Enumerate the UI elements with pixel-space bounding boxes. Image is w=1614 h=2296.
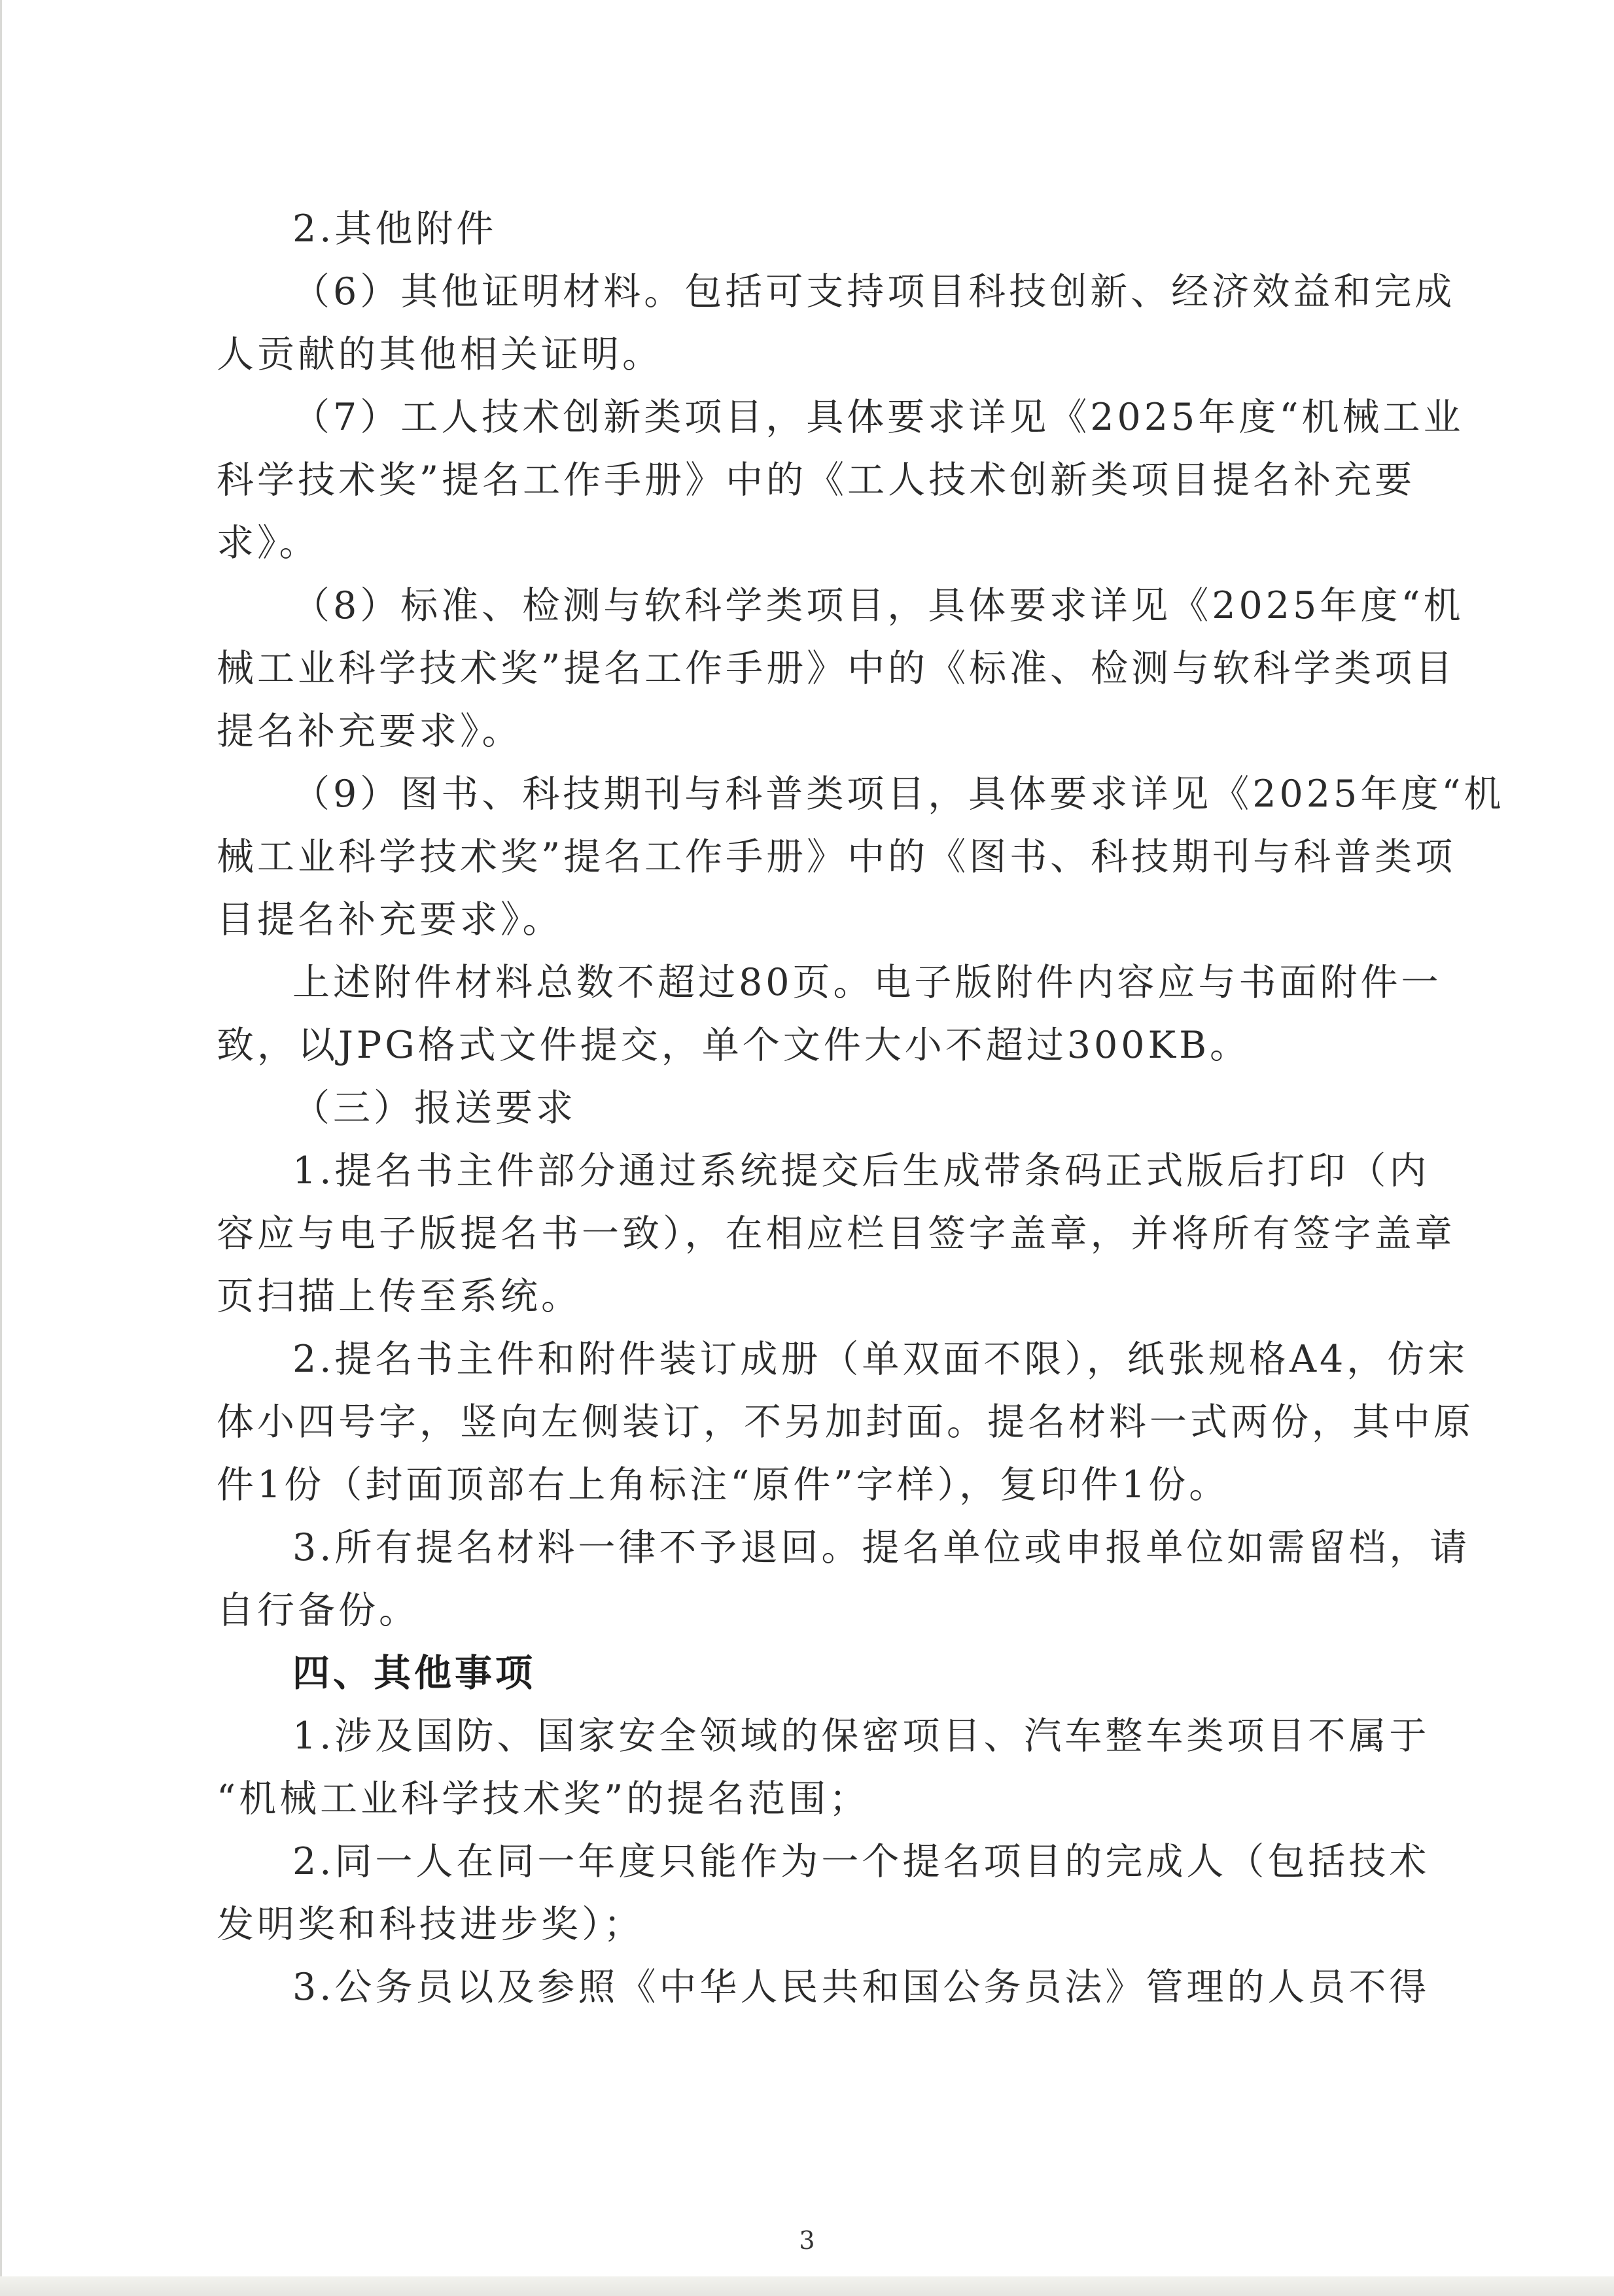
scan-bottom-strip — [0, 2276, 1614, 2296]
paragraph-line: 2.同一人在同一年度只能作为一个提名项目的完成人（包括技术 — [217, 1830, 1378, 1893]
paragraph-line: “机械工业科学技术奖”的提名范围； — [217, 1767, 1378, 1830]
paragraph-line: 容应与电子版提名书一致），在相应栏目签字盖章，并将所有签字盖章 — [217, 1202, 1378, 1265]
paragraph-line: 件1份（封面顶部右上角标注“原件”字样），复印件1份。 — [217, 1453, 1378, 1516]
page-number: 3 — [0, 2224, 1614, 2257]
document-body: 2.其他附件 （6）其他证明材料。包括可支持项目科技创新、经济效益和完成 人贡献… — [217, 198, 1378, 2019]
paragraph-line: 2.提名书主件和附件装订成册（单双面不限），纸张规格A4，仿宋 — [217, 1328, 1378, 1391]
scan-edge — [0, 0, 2, 2296]
paragraph-line: 3.公务员以及参照《中华人民共和国公务员法》管理的人员不得 — [217, 1956, 1378, 2019]
section-heading-other-matters: 四、其他事项 — [217, 1642, 1378, 1705]
paragraph-line: （8）标准、检测与软科学类项目，具体要求详见《2025年度“机 — [217, 574, 1378, 637]
paragraph-line: 科学技术奖”提名工作手册》中的《工人技术创新类项目提名补充要 — [217, 449, 1378, 512]
paragraph-line: （6）其他证明材料。包括可支持项目科技创新、经济效益和完成 — [217, 260, 1378, 323]
paragraph-line: 提名补充要求》。 — [217, 700, 1378, 763]
section-title-other-attachments: 2.其他附件 — [217, 198, 1378, 260]
paragraph-line: 械工业科学技术奖”提名工作手册》中的《图书、科技期刊与科普类项 — [217, 826, 1378, 888]
paragraph-line: 目提名补充要求》。 — [217, 888, 1378, 951]
paragraph-line: 人贡献的其他相关证明。 — [217, 323, 1378, 386]
paragraph-line: 页扫描上传至系统。 — [217, 1265, 1378, 1328]
paragraph-line: 发明奖和科技进步奖）； — [217, 1893, 1378, 1956]
paragraph-line: 求》。 — [217, 512, 1378, 574]
paragraph-line: 3.所有提名材料一律不予退回。提名单位或申报单位如需留档，请 — [217, 1516, 1378, 1579]
paragraph-line: 1.涉及国防、国家安全领域的保密项目、汽车整车类项目不属于 — [217, 1705, 1378, 1767]
section-title-submission-requirements: （三）报送要求 — [217, 1077, 1378, 1139]
paragraph-line: 械工业科学技术奖”提名工作手册》中的《标准、检测与软科学类项目 — [217, 637, 1378, 700]
paragraph-line: 体小四号字，竖向左侧装订，不另加封面。提名材料一式两份，其中原 — [217, 1391, 1378, 1453]
paragraph-line: 自行备份。 — [217, 1579, 1378, 1642]
paragraph-line: 致，以JPG格式文件提交，单个文件大小不超过300KB。 — [217, 1014, 1378, 1077]
paragraph-line: （9）图书、科技期刊与科普类项目，具体要求详见《2025年度“机 — [217, 763, 1378, 826]
paragraph-line: 1.提名书主件部分通过系统提交后生成带条码正式版后打印（内 — [217, 1139, 1378, 1202]
paragraph-line: （7）工人技术创新类项目，具体要求详见《2025年度“机械工业 — [217, 386, 1378, 449]
document-page: 2.其他附件 （6）其他证明材料。包括可支持项目科技创新、经济效益和完成 人贡献… — [0, 0, 1614, 2296]
paragraph-line: 上述附件材料总数不超过80页。电子版附件内容应与书面附件一 — [217, 951, 1378, 1014]
